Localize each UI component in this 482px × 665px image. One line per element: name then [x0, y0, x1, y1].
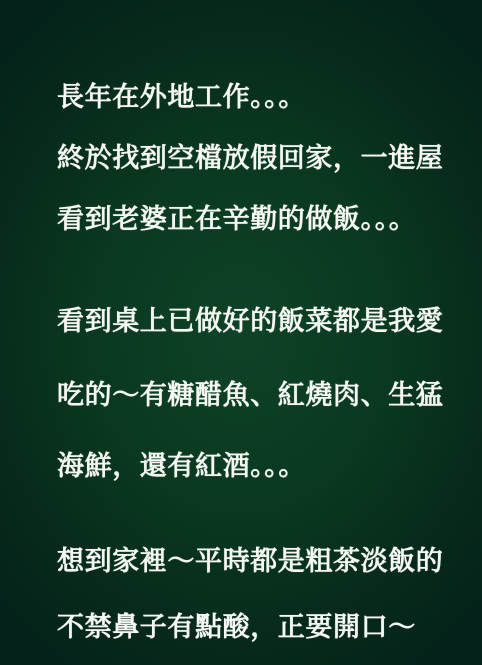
text-line: 不禁鼻子有點酸，正要開口～	[57, 613, 416, 643]
text-line: 長年在外地工作。。。	[57, 83, 306, 113]
text-line: 海鮮，還有紅酒。。。	[57, 452, 306, 482]
text-line: 終於找到空檔放假回家，一進屋	[57, 144, 443, 174]
text-line: 吃的～有糖醋魚、紅燒肉、生猛	[57, 381, 443, 411]
text-line: 想到家裡～平時都是粗茶淡飯的	[57, 547, 443, 577]
text-line: 看到老婆正在辛勤的做飯。。。	[57, 205, 416, 235]
text-line: 看到桌上已做好的飯菜都是我愛	[57, 307, 443, 337]
chalkboard-background: 長年在外地工作。。。 終於找到空檔放假回家，一進屋 看到老婆正在辛勤的做飯。。。…	[0, 0, 482, 665]
